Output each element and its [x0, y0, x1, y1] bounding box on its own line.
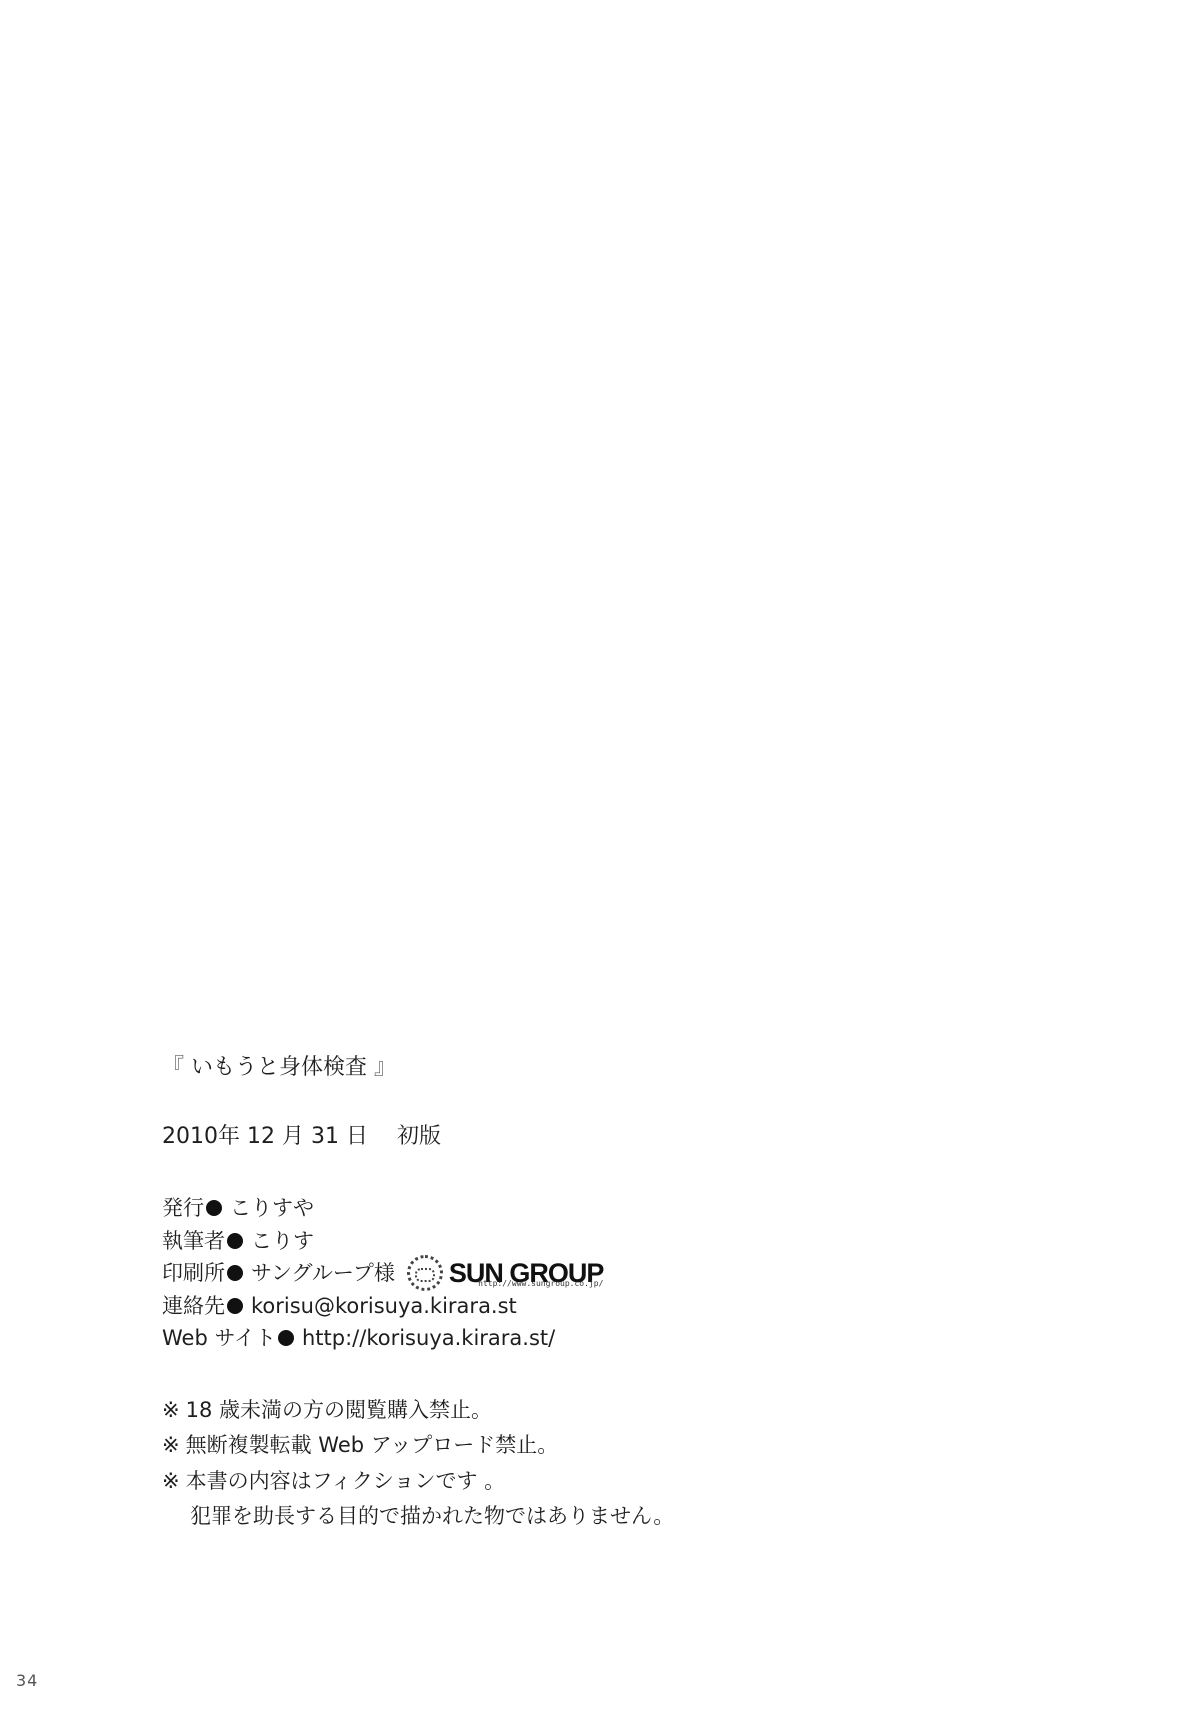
notice-disclaimer: 犯罪を助長する目的で描かれた物ではありません。	[162, 1499, 862, 1535]
publication-date: 2010年 12 月 31 日 初版	[162, 1124, 862, 1150]
info-row-publisher: 発行 こりすや	[162, 1192, 862, 1225]
info-label: 発行	[162, 1192, 204, 1225]
title-text: いもうと身体検査	[191, 1055, 367, 1080]
notice-text: 18 歳未満の方の閲覧購入禁止。	[186, 1398, 492, 1422]
website-url: http://korisuya.kirara.st/	[302, 1322, 555, 1355]
reference-mark-icon: ※	[162, 1469, 180, 1493]
black-circle-icon	[206, 1200, 222, 1216]
title-open-bracket: 『	[162, 1055, 184, 1080]
notice-text: 無断複製転載 Web アップロード禁止。	[186, 1433, 559, 1457]
sun-group-logo-icon	[407, 1255, 443, 1291]
black-circle-icon	[227, 1265, 243, 1281]
publication-info: 発行 こりすや 執筆者 こりす 印刷所 サングループ様 SUN GROUP ht…	[162, 1192, 862, 1355]
info-row-website: Web サイト http://korisuya.kirara.st/	[162, 1322, 862, 1355]
page-number: 34	[16, 1671, 38, 1690]
info-label: Web サイト	[162, 1322, 276, 1355]
notice-text: 犯罪を助長する目的で描かれた物ではありません。	[190, 1504, 674, 1528]
notice-age-restriction: ※18 歳未満の方の閲覧購入禁止。	[162, 1393, 862, 1429]
info-value: こりす	[251, 1225, 314, 1258]
contact-email: korisu@korisuya.kirara.st	[251, 1290, 517, 1323]
notice-text: 本書の内容はフィクションです 。	[186, 1469, 506, 1493]
reference-mark-icon: ※	[162, 1433, 180, 1457]
notice-no-reproduction: ※無断複製転載 Web アップロード禁止。	[162, 1428, 862, 1464]
black-circle-icon	[227, 1233, 243, 1249]
info-label: 執筆者	[162, 1225, 225, 1258]
info-label: 印刷所	[162, 1257, 225, 1290]
info-label: 連絡先	[162, 1290, 225, 1323]
edition-label: 初版	[397, 1124, 441, 1149]
notice-fiction: ※本書の内容はフィクションです 。	[162, 1464, 862, 1500]
title-close-bracket: 』	[374, 1055, 396, 1080]
info-value: こりすや	[230, 1192, 314, 1225]
info-value: サングループ様	[251, 1257, 395, 1290]
info-row-printer: 印刷所 サングループ様 SUN GROUP http://www.sungrou…	[162, 1257, 862, 1290]
colophon: 『 いもうと身体検査 』 2010年 12 月 31 日 初版 発行 こりすや …	[162, 1054, 862, 1535]
info-row-author: 執筆者 こりす	[162, 1225, 862, 1258]
printer-logo-url: http://www.sungroup.co.jp/	[478, 1268, 603, 1301]
book-title: 『 いもうと身体検査 』	[162, 1054, 862, 1082]
notices: ※18 歳未満の方の閲覧購入禁止。 ※無断複製転載 Web アップロード禁止。 …	[162, 1393, 862, 1535]
reference-mark-icon: ※	[162, 1398, 180, 1422]
black-circle-icon	[227, 1298, 243, 1314]
printer-logo: SUN GROUP http://www.sungroup.co.jp/	[407, 1255, 604, 1291]
date-text: 2010年 12 月 31 日	[162, 1124, 368, 1149]
black-circle-icon	[278, 1330, 294, 1346]
